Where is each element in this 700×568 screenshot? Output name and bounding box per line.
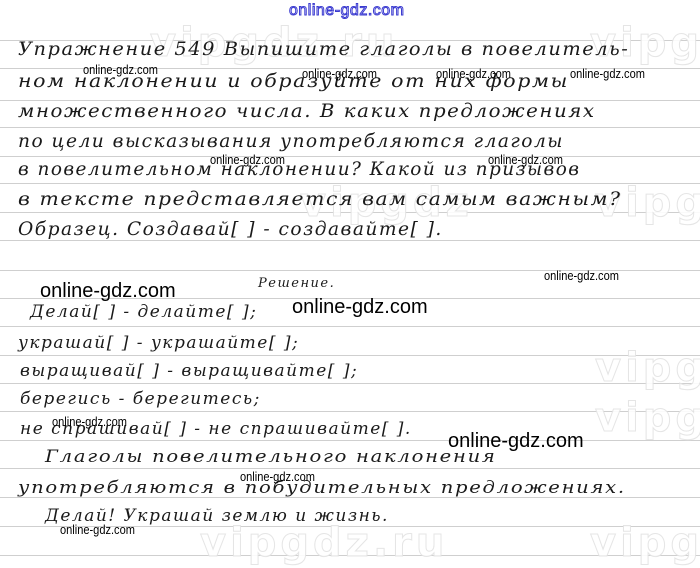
header-watermark: online-gdz.com: [289, 2, 405, 20]
watermark: online-gdz.com: [302, 66, 377, 81]
notebook-page: vipgdz.ru vipgdz vipgdz vipgdz vipgdz vi…: [0, 0, 700, 568]
ruled-line: [0, 240, 700, 241]
watermark: online-gdz.com: [570, 66, 645, 81]
solution-heading: Решение.: [258, 276, 335, 291]
watermark: online-gdz.com: [52, 414, 127, 429]
ghost-watermark: vipgdz: [590, 520, 700, 566]
solution-line: Делай[ ] - делайте[ ];: [30, 302, 257, 322]
handwritten-line: в тексте представляется вам самым важным…: [18, 188, 622, 210]
handwritten-line: Упражнение 549 Выпишите глаголы в повели…: [18, 38, 629, 60]
watermark: online-gdz.com: [488, 152, 563, 167]
watermark: online-gdz.com: [544, 268, 619, 283]
solution-line: употребляются в побудительных предложени…: [18, 478, 626, 498]
handwritten-line: множественного числа. В каких предложени…: [18, 100, 596, 122]
ruled-line: [0, 468, 700, 469]
ghost-watermark: vipgdz.ru: [200, 520, 448, 566]
watermark: online-gdz.com: [240, 469, 315, 484]
solution-line: Глаголы повелительного наклонения: [45, 447, 497, 467]
watermark: online-gdz.com: [210, 152, 285, 167]
handwritten-line: Образец. Создавай[ ] - создавайте[ ].: [18, 218, 443, 240]
watermark: online-gdz.com: [292, 296, 428, 319]
ghost-watermark: vipgdz: [595, 345, 700, 391]
watermark: online-gdz.com: [40, 280, 176, 303]
ruled-line: [0, 127, 700, 128]
ruled-line: [0, 326, 700, 327]
watermark: online-gdz.com: [83, 62, 158, 77]
solution-line: берегись - берегитесь;: [20, 389, 261, 409]
ghost-watermark: vipgdz: [595, 395, 700, 441]
solution-line: украшай[ ] - украшайте[ ];: [18, 333, 299, 353]
watermark: online-gdz.com: [60, 522, 135, 537]
handwritten-line: по цели высказывания употребляются глаго…: [18, 130, 564, 152]
ruled-line: [0, 156, 700, 157]
watermark: online-gdz.com: [448, 430, 584, 453]
solution-line: выращивай[ ] - выращивайте[ ];: [20, 361, 358, 381]
watermark: online-gdz.com: [436, 66, 511, 81]
